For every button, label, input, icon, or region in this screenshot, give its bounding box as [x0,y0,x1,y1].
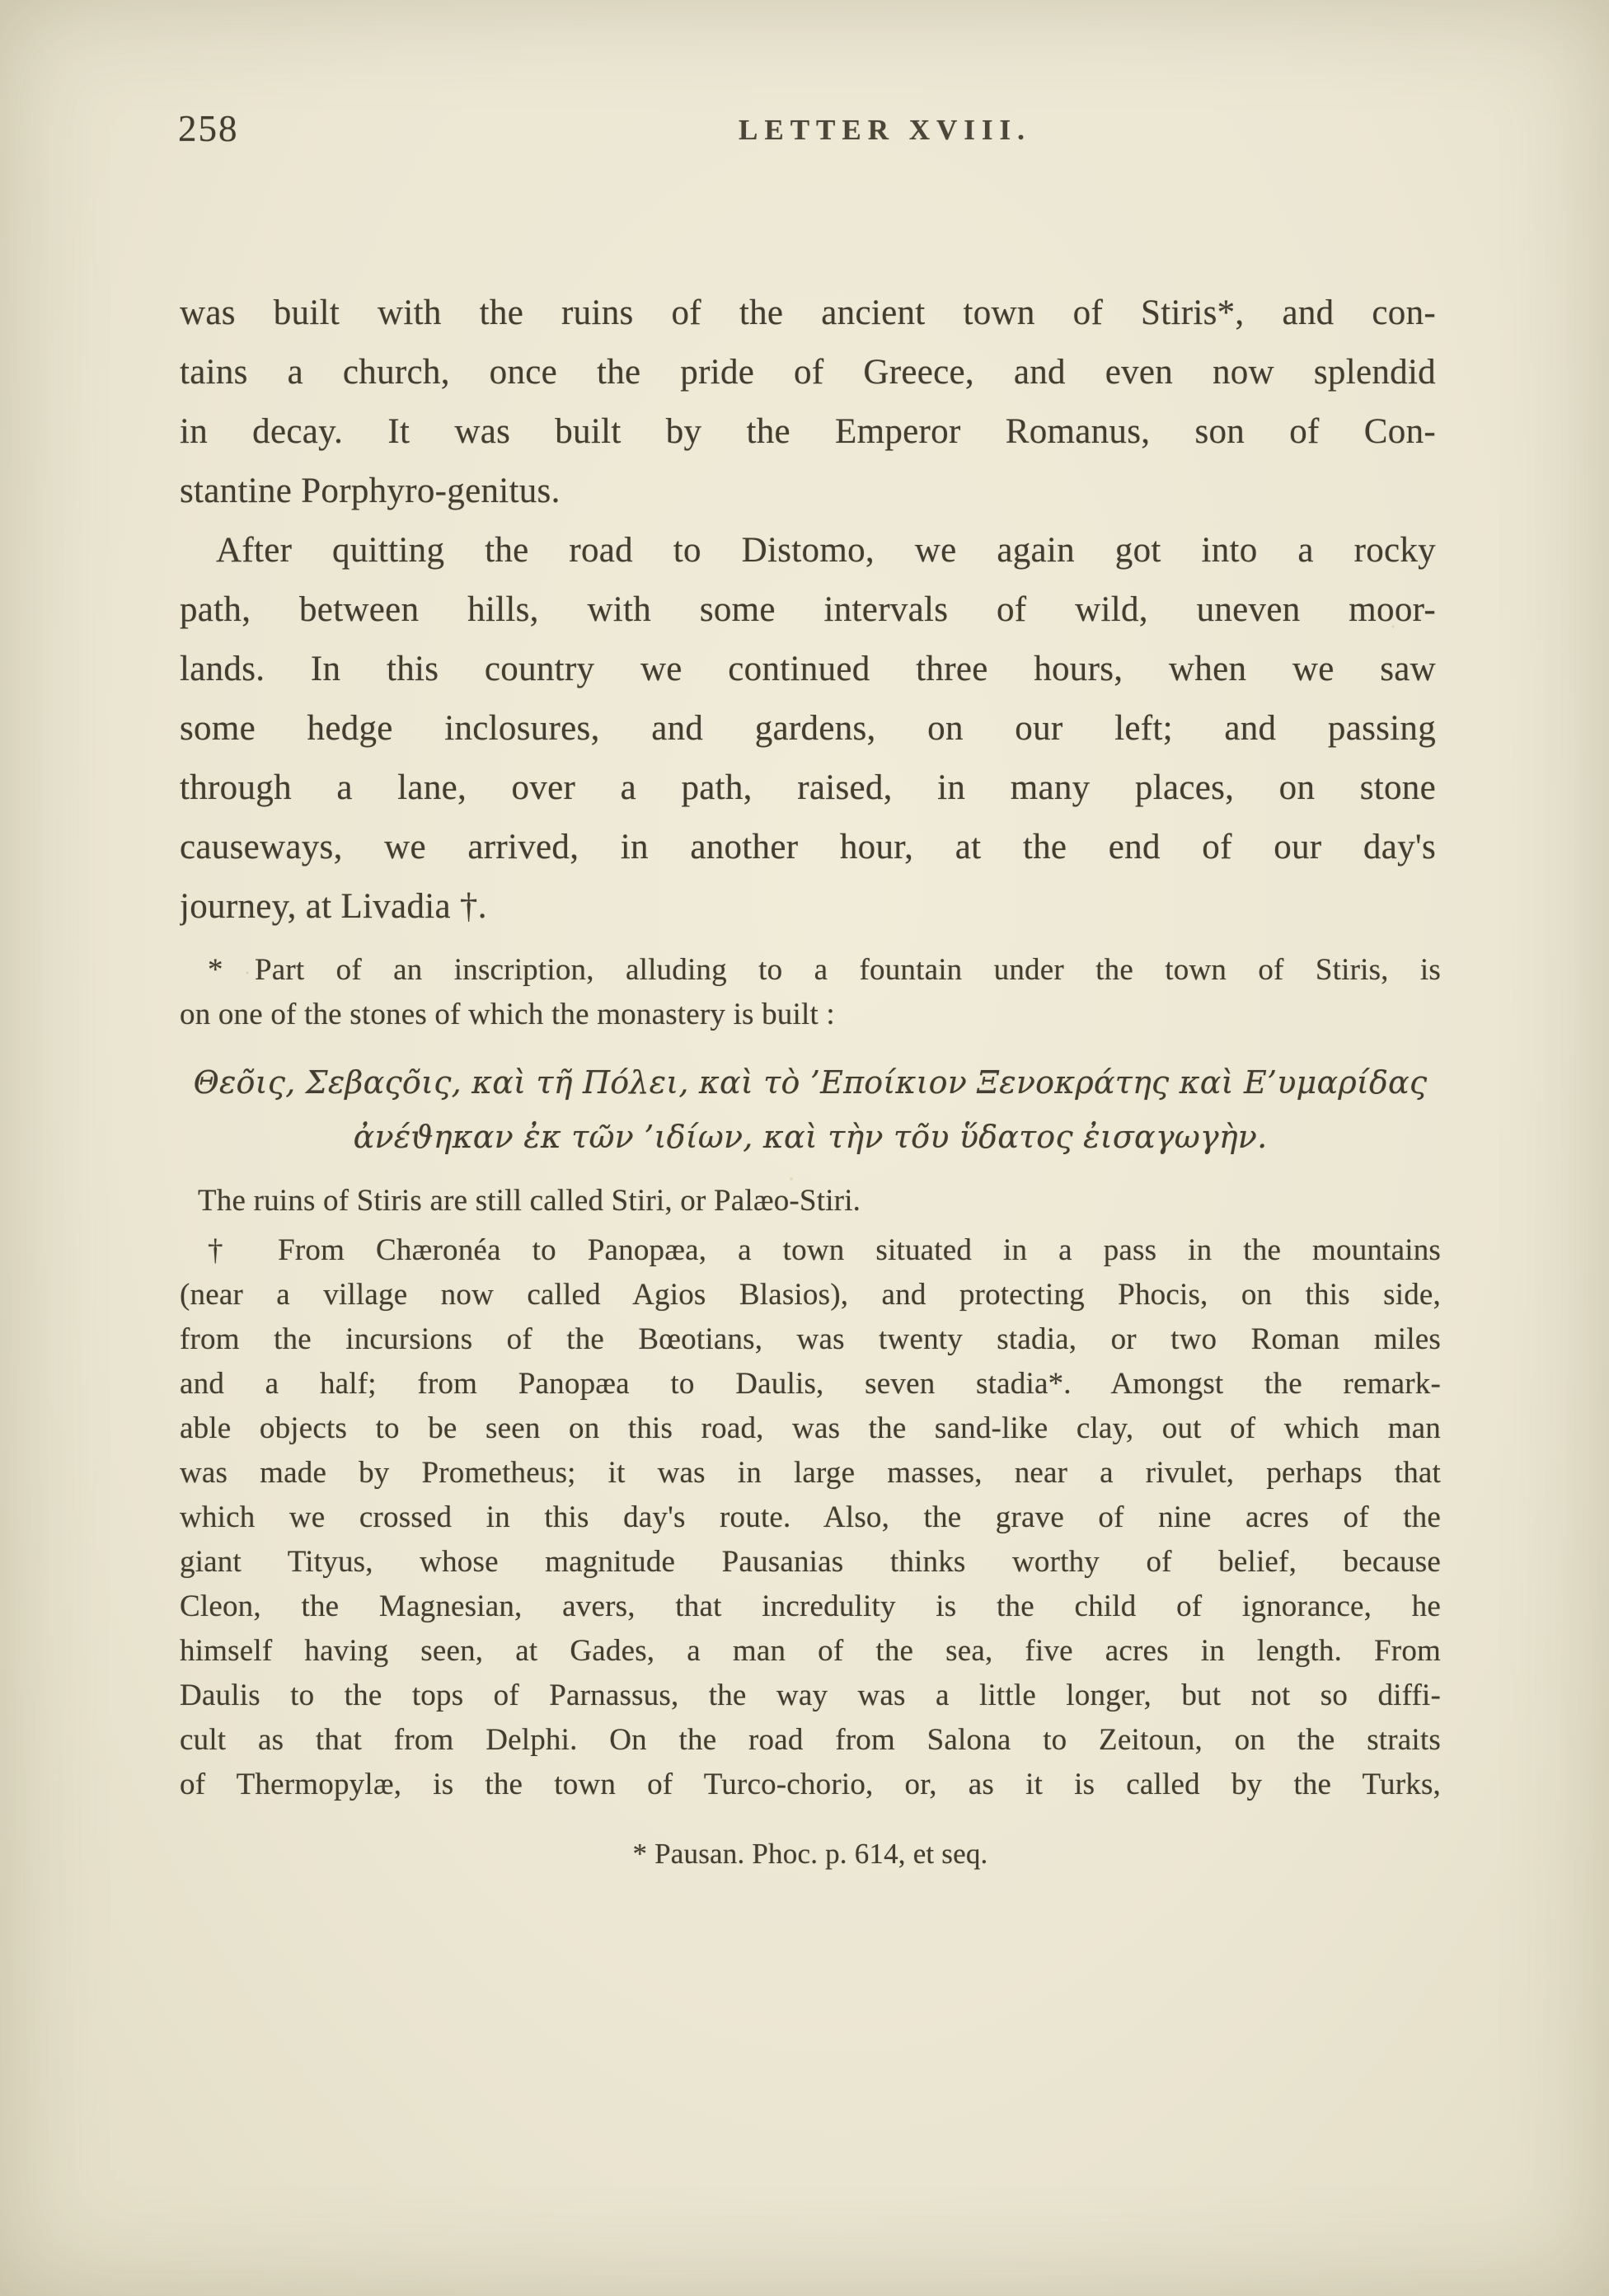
footnote-ruins-line: The ruins of Stiris are still called Sti… [180,1179,1441,1223]
text-line: giant Tityus, whose magnitude Pausanias … [180,1540,1441,1585]
text-line: path, between hills, with some intervals… [180,580,1436,640]
footnote-asterisk: * Part of an inscription, alluding to a … [180,948,1441,1037]
footnote-citation: * Pausan. Phoc. p. 614, et seq. [180,1832,1441,1876]
body-paragraph-2: After quitting the road to Distomo, we a… [180,521,1436,937]
text-line: stantine Porphyro-genitus. [180,462,1436,521]
text-line: † From Chæronéa to Panopæa, a town situa… [180,1228,1441,1273]
running-header: LETTER XVIII. [739,114,1031,147]
text-line: and a half; from Panopæa to Daulis, seve… [180,1362,1441,1406]
text-line: on one of the stones of which the monast… [180,993,1441,1037]
footnote-dagger: † From Chæronéa to Panopæa, a town situa… [180,1228,1441,1807]
body-text: was built with the ruins of the ancient … [180,284,1436,937]
page-number: 258 [178,107,239,150]
text-line: able objects to be seen on this road, wa… [180,1406,1441,1451]
text-line: (near a village now called Agios Blasios… [180,1273,1441,1317]
text-line: The ruins of Stiris are still called Sti… [180,1179,1441,1223]
text-line: was built with the ruins of the ancient … [180,284,1436,343]
text-line: tains a church, once the pride of Greece… [180,343,1436,402]
text-line: which we crossed in this day's route. Al… [180,1495,1441,1540]
text-line: causeways, we arrived, in another hour, … [180,818,1436,877]
text-line: in decay. It was built by the Emperor Ro… [180,402,1436,462]
text-line: himself having seen, at Gades, a man of … [180,1629,1441,1674]
text-line: journey, at Livadia †. [180,877,1436,937]
text-line: of Thermopylæ, is the town of Turco-chor… [180,1763,1441,1807]
text-line: some hedge inclosures, and gardens, on o… [180,699,1436,758]
text-line: was made by Prometheus; it was in large … [180,1451,1441,1495]
greek-inscription: Θεο̃ις, Σεβαςο̃ις, καὶ τῆ Πόλει, καὶ τὸ … [180,1055,1441,1164]
text-line: lands. In this country we continued thre… [180,640,1436,699]
text-line: Θεο̃ις, Σεβαςο̃ις, καὶ τῆ Πόλει, καὶ τὸ … [180,1055,1441,1110]
text-line: ἀνέϑηκαν ἐκ τῶν ’ιδίων, καὶ τὴν το̃υ ὕδα… [180,1110,1441,1164]
body-paragraph-1: was built with the ruins of the ancient … [180,284,1436,521]
text-line: Daulis to the tops of Parnassus, the way… [180,1674,1441,1718]
text-line: Cleon, the Magnesian, avers, that incred… [180,1585,1441,1629]
text-line: cult as that from Delphi. On the road fr… [180,1718,1441,1763]
text-line: * Part of an inscription, alluding to a … [180,948,1441,993]
text-line: through a lane, over a path, raised, in … [180,758,1436,818]
text-line: After quitting the road to Distomo, we a… [180,521,1436,580]
footnotes-section: * Part of an inscription, alluding to a … [180,948,1441,1876]
text-line: from the incursions of the Bœotians, was… [180,1317,1441,1362]
book-page: 258 LETTER XVIII. was built with the rui… [0,0,1609,2296]
